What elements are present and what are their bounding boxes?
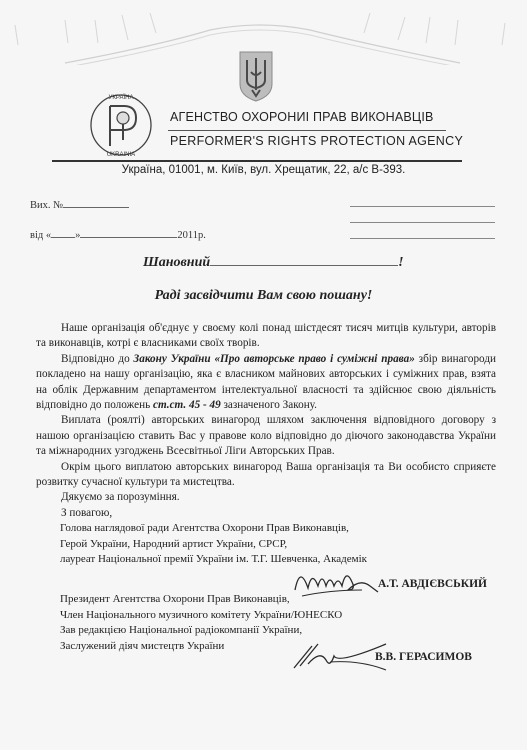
paragraph-1: Наше організація об'єднує у своєму колі … — [36, 321, 496, 352]
paragraph-2: Відповідно до Закону України «Про авторс… — [36, 352, 496, 414]
outgoing-number-blank — [63, 197, 129, 208]
agency-name-en: PERFORMER'S RIGHTS PROTECTION AGENCY — [170, 134, 463, 148]
salutation-blank — [210, 253, 398, 266]
logo-ring-text-top: УКРАЇНА — [109, 94, 134, 101]
paragraph-3: Виплата (роялті) авторських винагород шл… — [36, 413, 496, 459]
salutation-end: ! — [398, 255, 403, 270]
salutation-word: Шановний — [143, 255, 210, 270]
agency-logo-icon: УКРАЇНА UKRAINIA — [88, 92, 154, 158]
date-prefix: від « — [30, 230, 51, 241]
p2-start: Відповідно до — [61, 353, 134, 365]
signatory-1-title: Герой України, Народний артист України, … — [60, 537, 367, 553]
outgoing-number-label: Вих. № — [30, 200, 63, 211]
letterhead-rule — [52, 160, 462, 162]
letter-page: УКРАЇНА UKRAINIA АГЕНСТВО ОХОРОНИІ ПРАВ … — [0, 0, 527, 750]
signatory-2-title: Президент Агентства Охорони Прав Виконав… — [60, 592, 342, 608]
greeting-heading: Раді засвідчити Вам свою пошану! — [0, 288, 527, 304]
agency-address: Україна, 01001, м. Київ, вул. Хрещатик, … — [0, 164, 527, 176]
signatory-2-name: В.В. ГЕРАСИМОВ — [375, 651, 472, 663]
regards-line: З повагою, — [36, 506, 496, 521]
recipient-line-1 — [350, 206, 495, 207]
agency-divider — [168, 130, 446, 131]
date-field: від «»2011р. — [30, 227, 206, 241]
paragraph-4: Окрім цього виплатою авторських винагоро… — [36, 460, 496, 491]
outgoing-number-field: Вих. № — [30, 197, 129, 211]
p2-end: зазначеного Закону. — [221, 399, 317, 411]
trident-coat-of-arms-icon — [238, 50, 274, 102]
law-reference: Закону України «Про авторське право і су… — [134, 353, 415, 365]
salutation: Шановний! — [143, 253, 404, 271]
month-blank — [80, 227, 177, 238]
signatory-2-title: Зав редакцією Національної радіокомпанії… — [60, 623, 342, 639]
day-blank — [51, 227, 75, 238]
recipient-line-3 — [350, 238, 495, 239]
recipient-line-2 — [350, 222, 495, 223]
date-year: 2011р. — [177, 230, 206, 241]
signatory-1-title: Голова наглядової ради Агентства Охорони… — [60, 521, 367, 537]
articles-reference: ст.ст. 45 - 49 — [153, 399, 221, 411]
letter-body: Наше організація об'єднує у своєму колі … — [36, 321, 496, 521]
agency-name-ua: АГЕНСТВО ОХОРОНИІ ПРАВ ВИКОНАВЦІВ — [170, 110, 434, 124]
signatory-2-title: Член Національного музичного комітету Ук… — [60, 608, 342, 624]
thanks-line: Дякуємо за порозуміння. — [36, 490, 496, 505]
signatory-1-name: А.Т. АВДІЄВСЬКИЙ — [378, 578, 487, 590]
logo-ring-text-bottom: UKRAINIA — [107, 152, 135, 158]
